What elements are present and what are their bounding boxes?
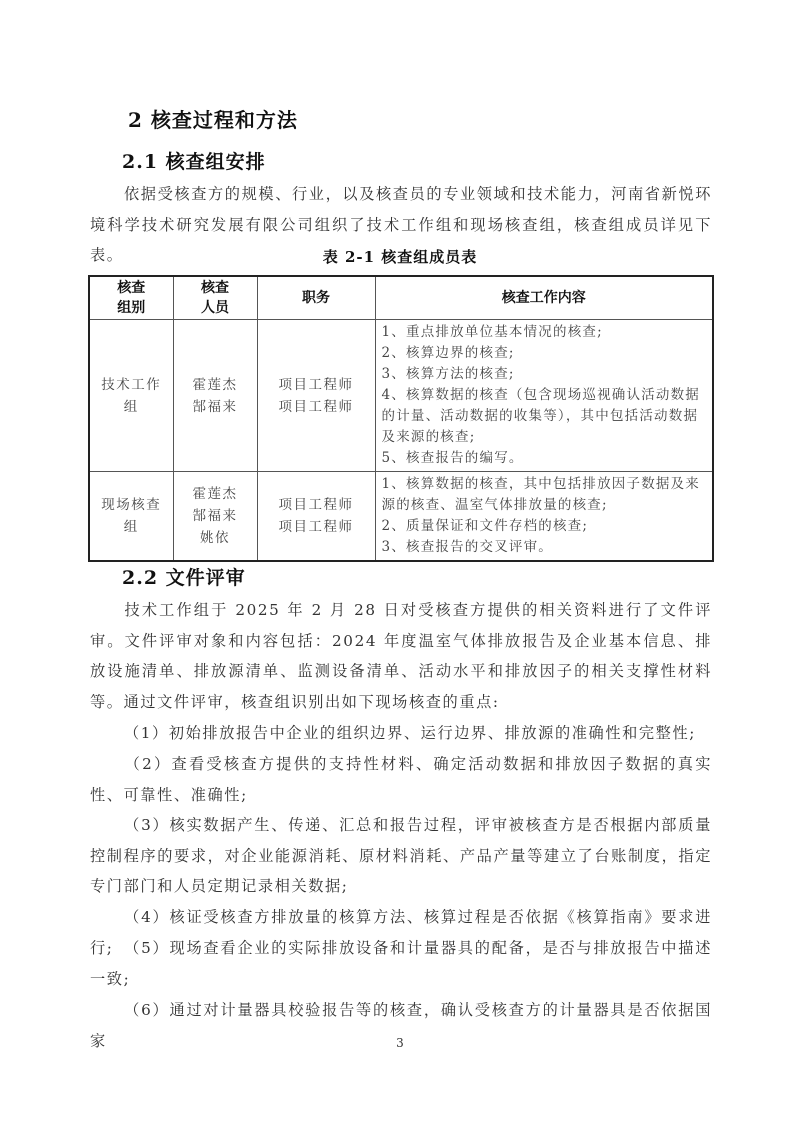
point-5: （5）现场查看企业的实际排放设备和计量器具的配备，是否与排放报告中描述一致;: [90, 933, 712, 994]
table-row: 技术工作组 霍莲杰郜福来 项目工程师项目工程师 1、重点排放单位基本情况的核查;…: [89, 320, 713, 472]
header-group: 核查组别: [89, 276, 173, 320]
header-title: 职务: [257, 276, 375, 320]
subsection-heading-2-2: 2.2 文件评审: [122, 563, 246, 590]
point-1: （1）初始排放报告中企业的组织边界、运行边界、排放源的准确性和完整性;: [90, 718, 712, 749]
point-3: （3）核实数据产生、传递、汇总和报告过程，评审被核查方是否根据内部质量控制程序的…: [90, 810, 712, 902]
document-page: 2 核查过程和方法 2.1 核查组安排 依据受核查方的规模、行业，以及核查员的专…: [0, 0, 800, 1130]
members-table: 核查组别 核查人员 职务 核查工作内容 技术工作组 霍莲杰郜福来 项目工程师项目…: [88, 275, 714, 562]
cell-members: 霍莲杰郜福来姚依: [173, 472, 257, 562]
point-2: （2）查看受核查方提供的支持性材料、确定活动数据和排放因子数据的真实性、可靠性、…: [90, 749, 712, 810]
review-text: 技术工作组于 2025 年 2 月 28 日对受核查方提供的相关资料进行了文件评…: [90, 601, 712, 711]
cell-group: 技术工作组: [89, 320, 173, 472]
cell-members: 霍莲杰郜福来: [173, 320, 257, 472]
header-members: 核查人员: [173, 276, 257, 320]
cell-group: 现场核查组: [89, 472, 173, 562]
cell-content: 1、重点排放单位基本情况的核查; 2、核算边界的核查; 3、核算方法的核查; 4…: [375, 320, 713, 472]
table-header-row: 核查组别 核查人员 职务 核查工作内容: [89, 276, 713, 320]
cell-title: 项目工程师项目工程师: [257, 320, 375, 472]
subsection-heading-2-1: 2.1 核查组安排: [122, 147, 266, 174]
cell-title: 项目工程师项目工程师: [257, 472, 375, 562]
header-content: 核查工作内容: [375, 276, 713, 320]
table-row: 现场核查组 霍莲杰郜福来姚依 项目工程师项目工程师 1、核算数据的核查，其中包括…: [89, 472, 713, 562]
cell-content: 1、核算数据的核查，其中包括排放因子数据及来源的核查、温室气体排放量的核查; 2…: [375, 472, 713, 562]
page-number: 3: [0, 1036, 800, 1050]
section-heading: 2 核查过程和方法: [128, 104, 298, 133]
table-caption: 表 2-1 核查组成员表: [0, 246, 800, 267]
review-paragraph: 技术工作组于 2025 年 2 月 28 日对受核查方提供的相关资料进行了文件评…: [90, 595, 712, 717]
